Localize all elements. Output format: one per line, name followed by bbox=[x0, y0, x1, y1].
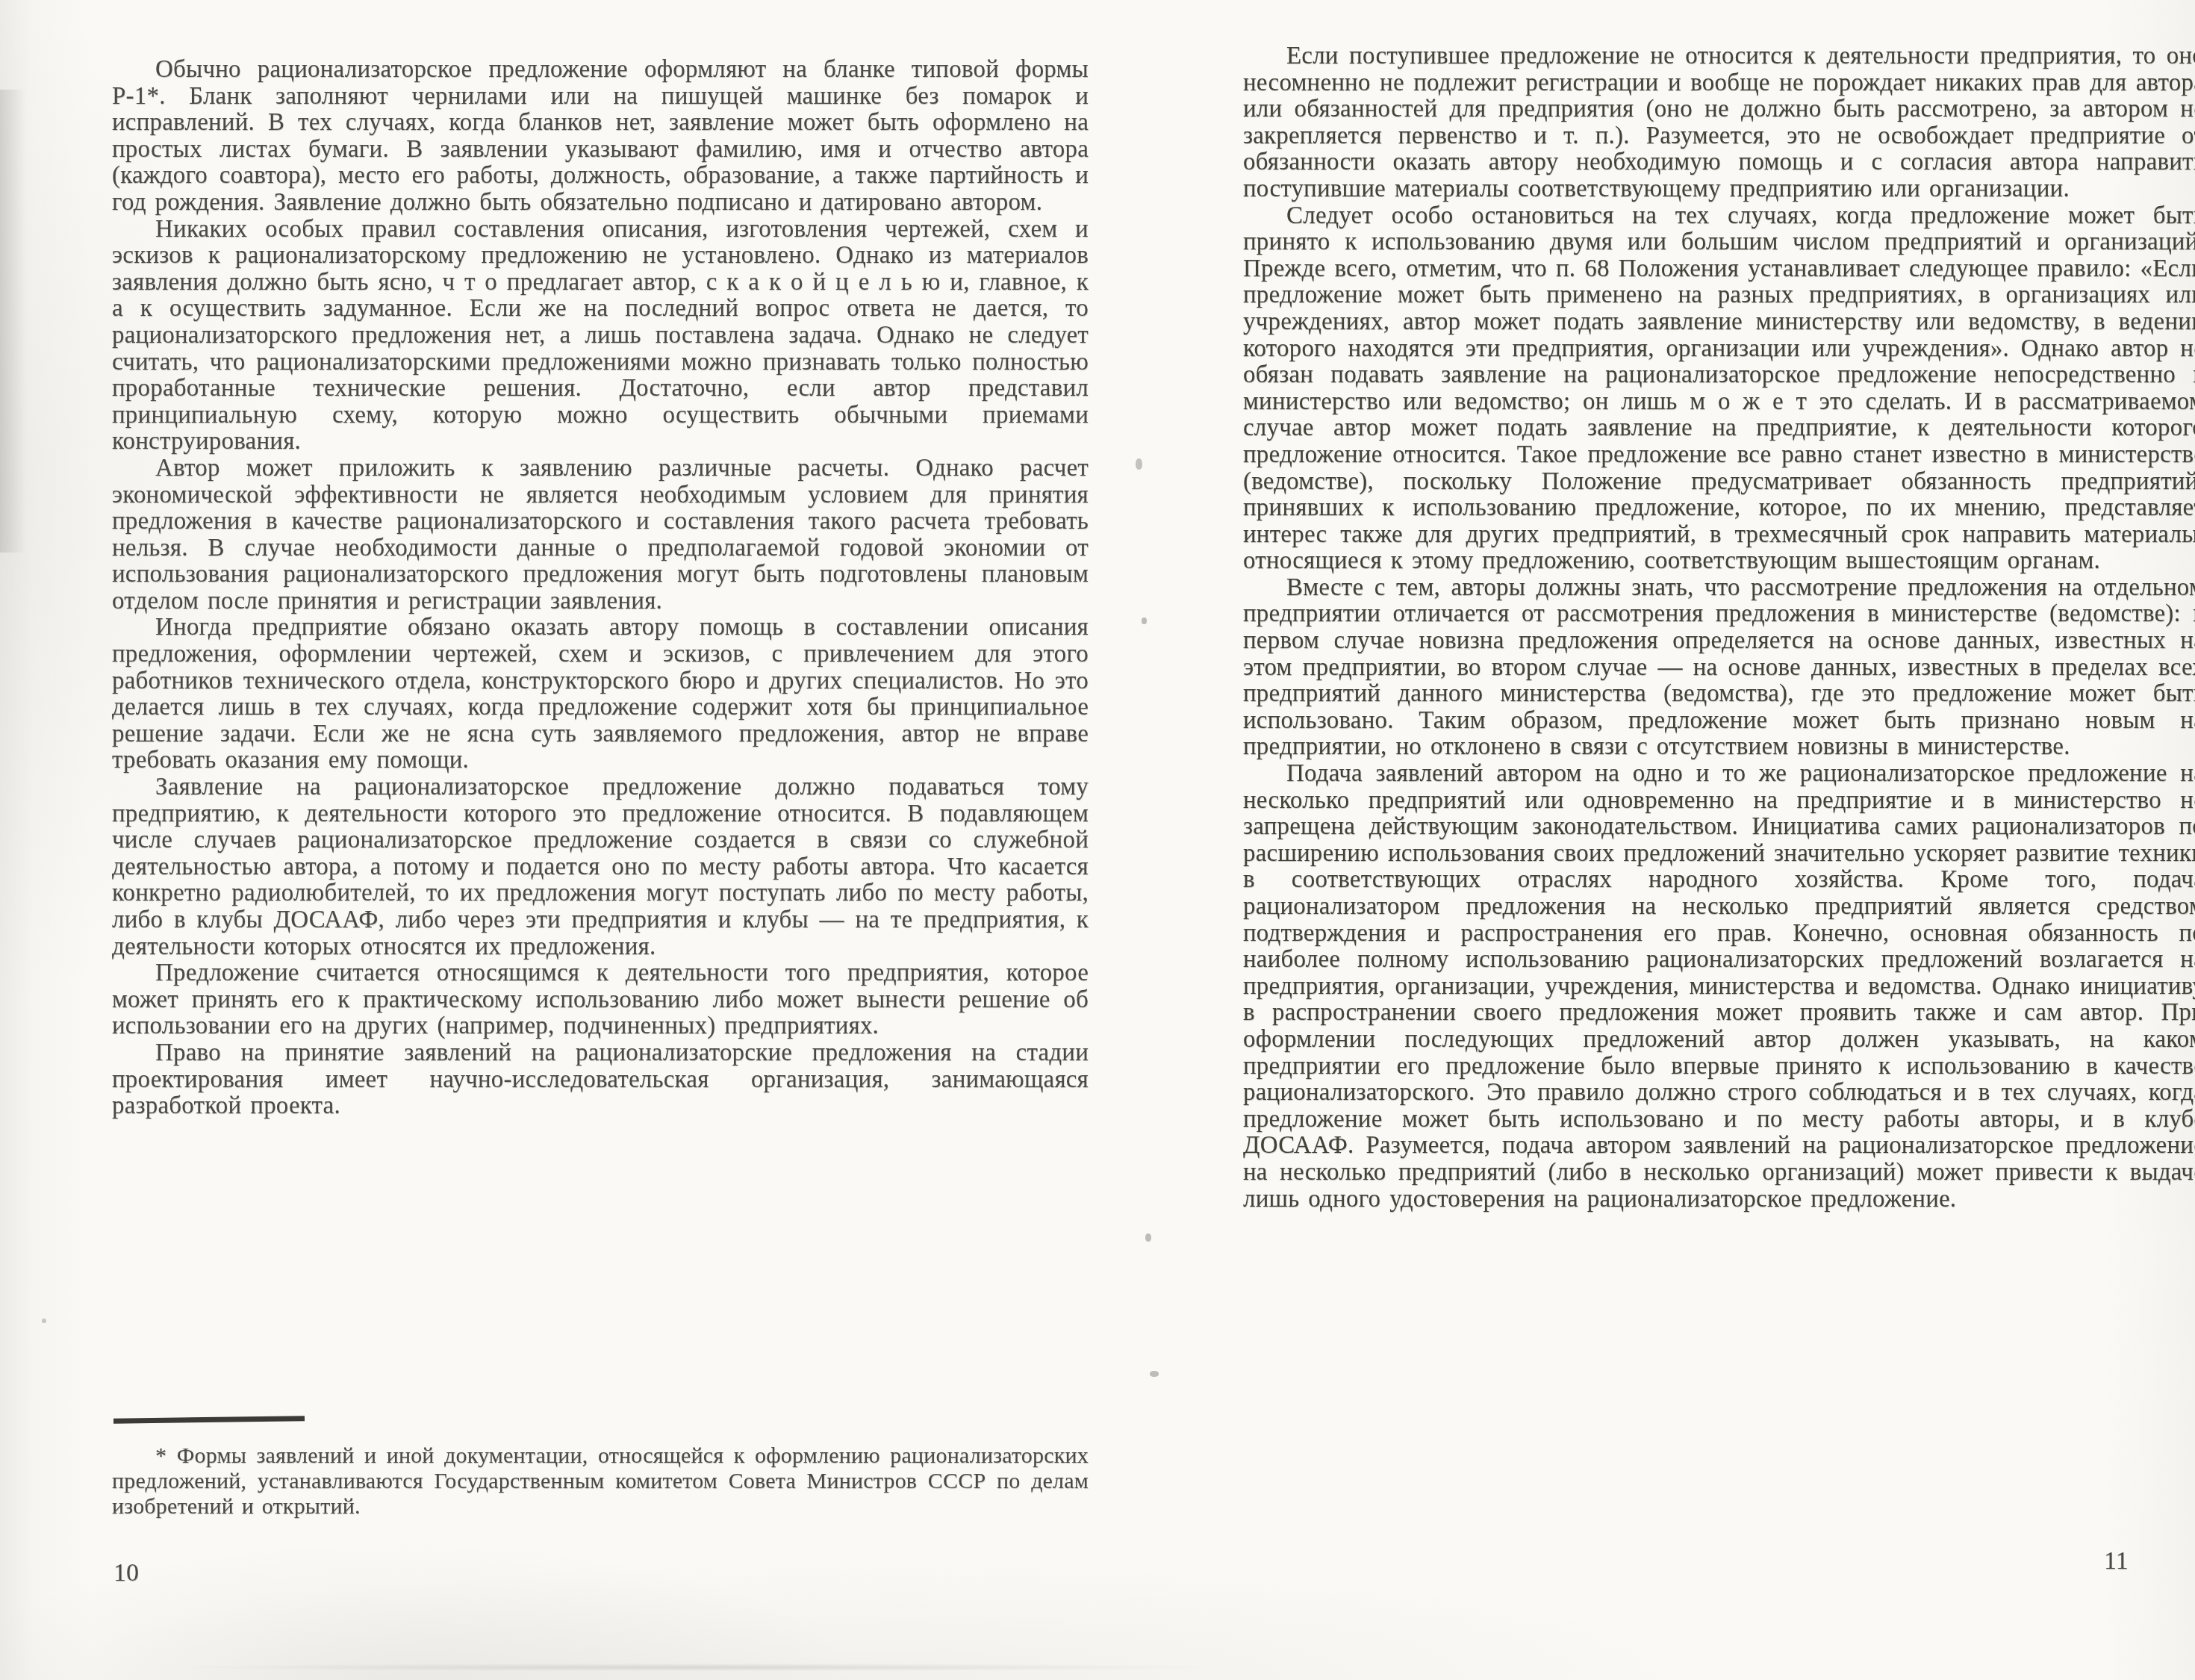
paragraph: Автор может приложить к заявлению различ… bbox=[112, 455, 1089, 615]
scan-speck bbox=[42, 1319, 46, 1323]
paragraph: Если поступившее предложение не относитс… bbox=[1243, 43, 2195, 203]
page-left-text-block: Обычно рационализаторское предложение оф… bbox=[112, 57, 1089, 1120]
paragraph: Вместе с тем, авторы должны знать, что р… bbox=[1243, 575, 2195, 761]
paragraph: Право на принятие заявлений на рационали… bbox=[112, 1040, 1089, 1120]
footnote-text: * Формы заявлений и иной документации, о… bbox=[112, 1443, 1089, 1519]
page-number-right: 11 bbox=[2104, 1547, 2129, 1575]
paragraph: Никаких особых правил составления описан… bbox=[112, 217, 1089, 455]
paragraph: Следует особо остановиться на тех случая… bbox=[1243, 203, 2195, 575]
scan-bottom-streak bbox=[194, 1664, 1202, 1671]
paragraph: Иногда предприятие обязано оказать автор… bbox=[112, 615, 1089, 774]
paragraph: Заявление на рационализаторское предложе… bbox=[112, 774, 1089, 960]
book-scan-background: Обычно рационализаторское предложение оф… bbox=[0, 0, 2195, 1680]
paragraph: Подача заявлений автором на одно и то же… bbox=[1243, 761, 2195, 1213]
scan-speck bbox=[1145, 1233, 1151, 1242]
page-right-text-block: Если поступившее предложение не относитс… bbox=[1243, 43, 2195, 1213]
scan-speck bbox=[1136, 458, 1142, 470]
scan-speck bbox=[1150, 1371, 1159, 1377]
scan-edge-smudge bbox=[0, 90, 25, 553]
footnote-block: * Формы заявлений и иной документации, о… bbox=[112, 1417, 1089, 1519]
scan-speck bbox=[1142, 617, 1147, 624]
paragraph: Обычно рационализаторское предложение оф… bbox=[112, 57, 1089, 217]
page-number-left: 10 bbox=[113, 1559, 139, 1587]
footnote-divider bbox=[113, 1416, 305, 1424]
paragraph: Предложение считается относящимся к деят… bbox=[112, 960, 1089, 1040]
